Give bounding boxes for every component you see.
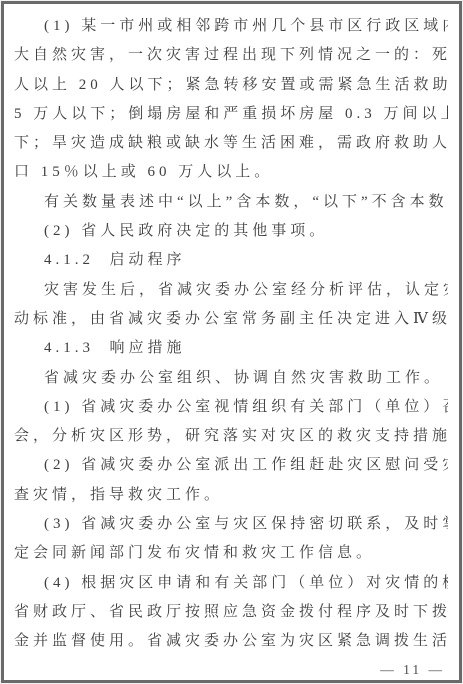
text-line: 省财政厅、省民政厅按照应急资金拨付程序及时下拨省级救灾资 — [14, 598, 448, 627]
text-line: 下；旱灾造成缺粮或缺水等生活困难，需政府救助人数占农业人 — [14, 129, 448, 158]
text-line: 动标准，由省减灾委办公室常务副主任决定进入Ⅳ级应急响应。 — [14, 305, 448, 334]
text-line: 会，分析灾区形势，研究落实对灾区的救灾支持措施。 — [14, 422, 448, 451]
text-line: (4) 根据灾区申请和有关部门（单位）对灾情的核定情况， — [14, 569, 448, 598]
text-line: 4.1.3 响应措施 — [14, 334, 448, 363]
text-line: 灾害发生后，省减灾委办公室经分析评估，认定灾情达到启 — [14, 276, 448, 305]
text-line: (2) 省减灾委办公室派出工作组赶赴灾区慰问受灾群众，核 — [14, 451, 448, 480]
text-line: 省减灾委办公室组织、协调自然灾害救助工作。 — [14, 364, 448, 393]
document-body: (1) 某一市州或相邻跨市州几个县市区行政区域内，发生重大自然灾害，一次灾害过程… — [4, 4, 459, 657]
text-line: (2) 省人民政府决定的其他事项。 — [14, 217, 448, 246]
text-line: 5 万人以下；倒塌房屋和严重损坏房屋 0.3 万间以上 0.5 万间以 — [14, 100, 448, 129]
text-line: 口 15％以上或 60 万人以上。 — [14, 158, 448, 187]
screenshot-viewport: (1) 某一市州或相邻跨市州几个县市区行政区域内，发生重大自然灾害，一次灾害过程… — [0, 0, 463, 684]
text-line: 有关数量表述中“以上”含本数，“以下”不含本数。 — [14, 188, 448, 217]
page-number: — 11 — — [4, 661, 459, 679]
text-line: 人以上 20 人以下；紧急转移安置或需紧急生活救助 3 万人以上 — [14, 71, 448, 100]
document-page: (1) 某一市州或相邻跨市州几个县市区行政区域内，发生重大自然灾害，一次灾害过程… — [1, 1, 462, 683]
text-line: (1) 某一市州或相邻跨市州几个县市区行政区域内，发生重 — [14, 12, 448, 41]
text-line: 定会同新闻部门发布灾情和救灾工作信息。 — [14, 539, 448, 568]
text-line: 大自然灾害，一次灾害过程出现下列情况之一的：死亡失踪 10 — [14, 41, 448, 70]
text-line: 4.1.2 启动程序 — [14, 246, 448, 275]
text-line: (1) 省减灾委办公室视情组织有关部门（单位）召开会商 — [14, 393, 448, 422]
text-line: 金并监督使用。省减灾委办公室为灾区紧急调拨生活救助物资， — [14, 627, 448, 656]
text-line: 查灾情，指导救灾工作。 — [14, 481, 448, 510]
text-line: (3) 省减灾委办公室与灾区保持密切联系，及时掌握并按规 — [14, 510, 448, 539]
